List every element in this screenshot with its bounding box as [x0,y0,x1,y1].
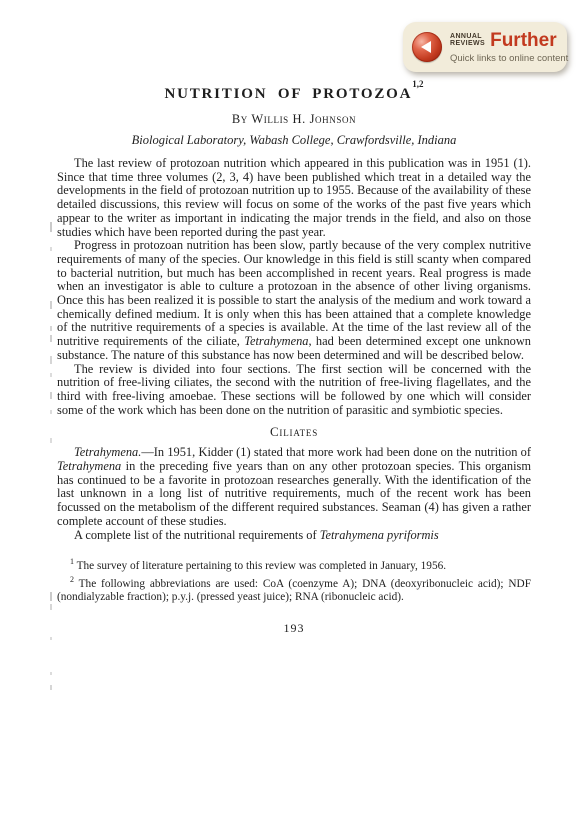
scan-artifact-mark [50,438,52,443]
scan-artifact-mark [50,392,52,399]
scanned-page: ANNUAL REVIEWS Further Quick links to on… [0,0,588,825]
annual-reviews-further-badge[interactable]: ANNUAL REVIEWS Further Quick links to on… [403,22,567,72]
article-title: NUTRITION OF PROTOZOA1,2 [57,84,531,103]
body-paragraph: Tetrahymena.—In 1951, Kidder (1) stated … [57,446,531,528]
scan-artifact-mark [50,672,52,675]
footnote: 1 The survey of literature pertaining to… [57,555,531,573]
text-run: —In 1951, Kidder (1) stated that more wo… [141,445,531,459]
brand-line-annual: ANNUAL [450,33,485,41]
scan-artifact-mark [50,247,52,251]
further-headline: Further [490,31,557,50]
intro-paragraphs: The last review of protozoan nutrition w… [57,157,531,417]
footnote: 2 The following abbreviations are used: … [57,573,531,604]
byline: By Willis H. Johnson [57,112,531,127]
section-paragraphs: Tetrahymena.—In 1951, Kidder (1) stated … [57,446,531,542]
scan-artifact-mark [50,637,52,640]
page-number: 193 [57,621,531,636]
text-run: The survey of literature pertaining to t… [74,560,446,572]
text-run: A complete list of the nutritional requi… [74,528,320,542]
scan-artifact-mark [50,592,52,601]
badge-tagline: Quick links to online content [450,53,568,64]
scan-artifact-mark [50,301,52,309]
text-run: The last review of protozoan nutrition w… [57,156,531,239]
brand-line-reviews: REVIEWS [450,40,485,48]
scan-artifact-mark [50,356,52,364]
body-paragraph: Progress in protozoan nutrition has been… [57,239,531,362]
section-heading-ciliates: Ciliates [57,424,531,440]
footnotes: 1 The survey of literature pertaining to… [57,555,531,604]
body-paragraph: The last review of protozoan nutrition w… [57,157,531,239]
scan-artifact-mark [50,335,52,342]
italic-species-name: Tetrahymena [57,459,121,473]
left-arrow-triangle [421,41,431,53]
text-run: The following abbreviations are used: Co… [57,578,531,603]
text-run: The review is divided into four sections… [57,362,531,417]
scan-artifact-mark [50,326,52,331]
title-footnote-ref: 1,2 [412,79,423,89]
article: NUTRITION OF PROTOZOA1,2 By Willis H. Jo… [57,84,531,636]
italic-species-name: Tetrahymena. [74,445,141,459]
text-run: in the preceding five years than on any … [57,459,531,528]
italic-species-name: Tetrahymena pyriformis [320,528,439,542]
scan-artifact-mark [50,222,52,232]
italic-species-name: Tetrahymena [244,334,308,348]
text-run: Progress in protozoan nutrition has been… [57,238,531,348]
scan-artifact-mark [50,373,52,377]
article-title-text: NUTRITION OF PROTOZOA [164,86,412,102]
annual-reviews-brand: ANNUAL REVIEWS [450,33,485,48]
body-paragraph: The review is divided into four sections… [57,363,531,418]
badge-text-block: ANNUAL REVIEWS Further Quick links to on… [450,31,568,64]
affiliation: Biological Laboratory, Wabash College, C… [57,133,531,148]
scan-artifact-mark [50,685,52,690]
scan-artifact-mark [50,604,52,610]
scan-artifact-mark [50,410,52,414]
left-arrow-icon [412,32,442,62]
body-paragraph: A complete list of the nutritional requi… [57,529,531,543]
badge-headline-row: ANNUAL REVIEWS Further [450,31,568,50]
